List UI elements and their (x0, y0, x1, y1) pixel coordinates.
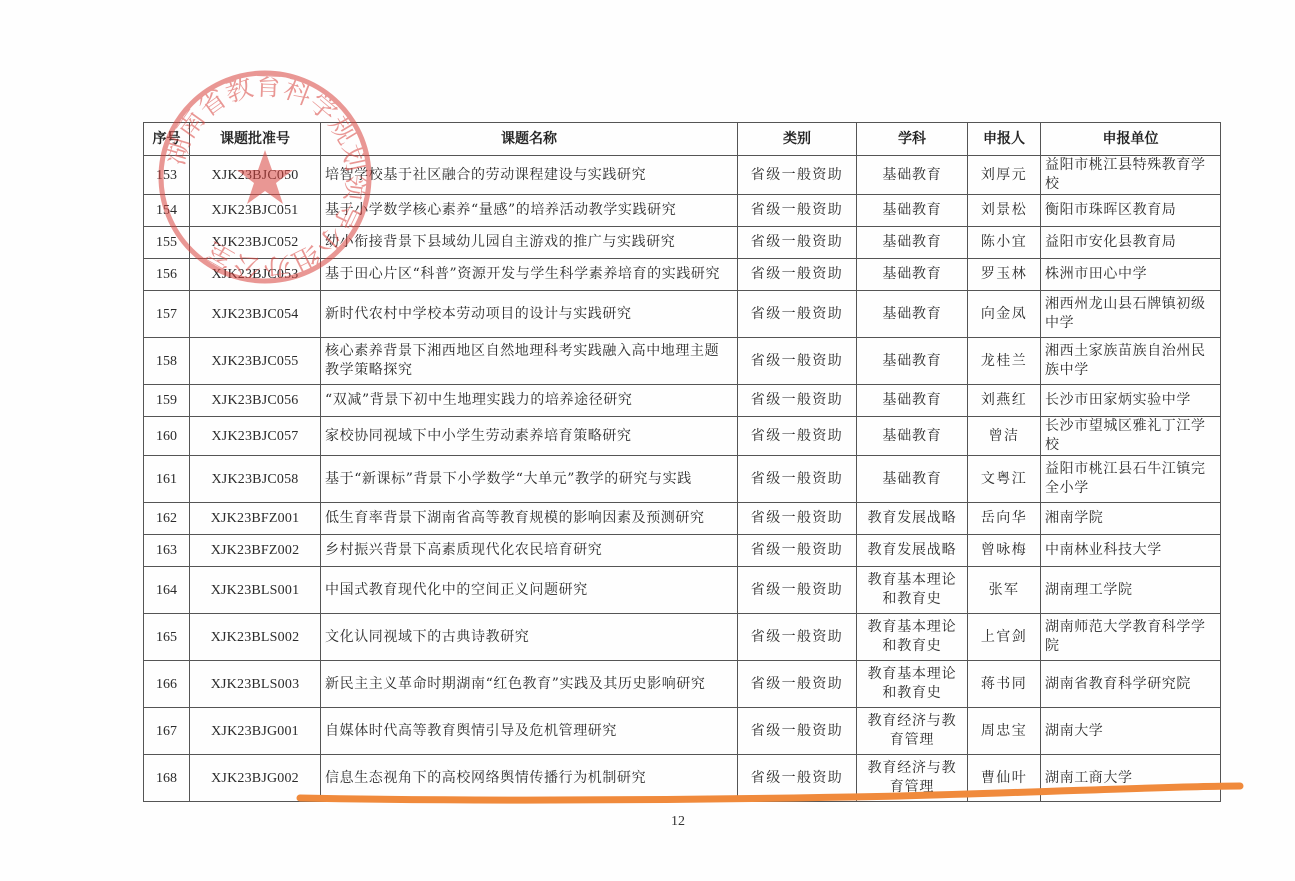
row-category: 省级一般资助 (738, 227, 857, 259)
table-row: 160XJK23BJC057家校协同视域下中小学生劳动素养培育策略研究省级一般资… (144, 417, 1221, 456)
row-subject: 基础教育 (857, 338, 968, 385)
row-unit: 长沙市田家炳实验中学 (1041, 385, 1221, 417)
row-title: 新民主主义革命时期湖南“红色教育”实践及其历史影响研究 (321, 661, 738, 708)
row-unit: 湖南工商大学 (1041, 755, 1221, 802)
row-title: 低生育率背景下湖南省高等教育规模的影响因素及预测研究 (321, 503, 738, 535)
header-code: 课题批准号 (190, 123, 321, 156)
row-seq: 157 (144, 291, 190, 338)
row-seq: 161 (144, 456, 190, 503)
header-unit: 申报单位 (1041, 123, 1221, 156)
row-code: XJK23BJC056 (190, 385, 321, 417)
row-subject: 教育发展战略 (857, 535, 968, 567)
header-seq: 序号 (144, 123, 190, 156)
row-applicant: 刘燕红 (968, 385, 1041, 417)
row-title: 培智学校基于社区融合的劳动课程建设与实践研究 (321, 156, 738, 195)
project-table: 序号 课题批准号 课题名称 类别 学科 申报人 申报单位 153XJK23BJC… (143, 122, 1221, 802)
row-category: 省级一般资助 (738, 417, 857, 456)
row-unit: 益阳市桃江县石牛江镇完全小学 (1041, 456, 1221, 503)
row-title: 自媒体时代高等教育舆情引导及危机管理研究 (321, 708, 738, 755)
table-row: 153XJK23BJC050培智学校基于社区融合的劳动课程建设与实践研究省级一般… (144, 156, 1221, 195)
row-seq: 154 (144, 195, 190, 227)
row-subject: 基础教育 (857, 156, 968, 195)
row-unit: 益阳市桃江县特殊教育学校 (1041, 156, 1221, 195)
row-seq: 162 (144, 503, 190, 535)
row-title: 中国式教育现代化中的空间正义问题研究 (321, 567, 738, 614)
row-seq: 167 (144, 708, 190, 755)
table-row: 161XJK23BJC058基于“新课标”背景下小学数学“大单元”教学的研究与实… (144, 456, 1221, 503)
row-unit: 湘南学院 (1041, 503, 1221, 535)
row-category: 省级一般资助 (738, 156, 857, 195)
row-seq: 156 (144, 259, 190, 291)
row-applicant: 刘厚元 (968, 156, 1041, 195)
row-seq: 166 (144, 661, 190, 708)
row-category: 省级一般资助 (738, 195, 857, 227)
row-applicant: 曾咏梅 (968, 535, 1041, 567)
table-row: 165XJK23BLS002文化认同视域下的古典诗教研究省级一般资助教育基本理论… (144, 614, 1221, 661)
row-applicant: 曾洁 (968, 417, 1041, 456)
row-title: 文化认同视域下的古典诗教研究 (321, 614, 738, 661)
table-row: 162XJK23BFZ001低生育率背景下湖南省高等教育规模的影响因素及预测研究… (144, 503, 1221, 535)
row-subject: 教育基本理论和教育史 (857, 661, 968, 708)
row-subject: 基础教育 (857, 227, 968, 259)
row-seq: 163 (144, 535, 190, 567)
row-category: 省级一般资助 (738, 535, 857, 567)
table-row: 156XJK23BJC053基于田心片区“科普”资源开发与学生科学素养培育的实践… (144, 259, 1221, 291)
row-unit: 湖南师范大学教育科学学院 (1041, 614, 1221, 661)
table-row: 155XJK23BJC052幼小衔接背景下县域幼儿园自主游戏的推广与实践研究省级… (144, 227, 1221, 259)
row-code: XJK23BFZ001 (190, 503, 321, 535)
row-code: XJK23BJC054 (190, 291, 321, 338)
row-title: 信息生态视角下的高校网络舆情传播行为机制研究 (321, 755, 738, 802)
row-applicant: 文粤江 (968, 456, 1041, 503)
row-subject: 基础教育 (857, 385, 968, 417)
table-row: 163XJK23BFZ002乡村振兴背景下高素质现代化农民培育研究省级一般资助教… (144, 535, 1221, 567)
table-row: 167XJK23BJG001自媒体时代高等教育舆情引导及危机管理研究省级一般资助… (144, 708, 1221, 755)
row-unit: 长沙市望城区雅礼丁江学校 (1041, 417, 1221, 456)
row-category: 省级一般资助 (738, 708, 857, 755)
row-code: XJK23BJC052 (190, 227, 321, 259)
row-seq: 159 (144, 385, 190, 417)
row-unit: 株洲市田心中学 (1041, 259, 1221, 291)
row-category: 省级一般资助 (738, 503, 857, 535)
row-title: 家校协同视域下中小学生劳动素养培育策略研究 (321, 417, 738, 456)
row-subject: 基础教育 (857, 417, 968, 456)
row-subject: 基础教育 (857, 291, 968, 338)
row-seq: 153 (144, 156, 190, 195)
row-code: XJK23BJC051 (190, 195, 321, 227)
row-subject: 基础教育 (857, 195, 968, 227)
row-applicant: 上官剑 (968, 614, 1041, 661)
table-row: 157XJK23BJC054新时代农村中学校本劳动项目的设计与实践研究省级一般资… (144, 291, 1221, 338)
row-seq: 158 (144, 338, 190, 385)
row-unit: 衡阳市珠晖区教育局 (1041, 195, 1221, 227)
row-code: XJK23BJC053 (190, 259, 321, 291)
row-title: 基于田心片区“科普”资源开发与学生科学素养培育的实践研究 (321, 259, 738, 291)
row-category: 省级一般资助 (738, 661, 857, 708)
row-title: 基于“新课标”背景下小学数学“大单元”教学的研究与实践 (321, 456, 738, 503)
row-unit: 湖南省教育科学研究院 (1041, 661, 1221, 708)
row-category: 省级一般资助 (738, 385, 857, 417)
table-row: 168XJK23BJG002信息生态视角下的高校网络舆情传播行为机制研究省级一般… (144, 755, 1221, 802)
row-code: XJK23BJG001 (190, 708, 321, 755)
table-row: 159XJK23BJC056“双减”背景下初中生地理实践力的培养途径研究省级一般… (144, 385, 1221, 417)
row-code: XJK23BJC057 (190, 417, 321, 456)
header-category: 类别 (738, 123, 857, 156)
row-title: 幼小衔接背景下县域幼儿园自主游戏的推广与实践研究 (321, 227, 738, 259)
row-code: XJK23BFZ002 (190, 535, 321, 567)
row-code: XJK23BJG002 (190, 755, 321, 802)
row-applicant: 岳向华 (968, 503, 1041, 535)
table-header-row: 序号 课题批准号 课题名称 类别 学科 申报人 申报单位 (144, 123, 1221, 156)
table-row: 164XJK23BLS001中国式教育现代化中的空间正义问题研究省级一般资助教育… (144, 567, 1221, 614)
row-code: XJK23BJC050 (190, 156, 321, 195)
row-applicant: 曹仙叶 (968, 755, 1041, 802)
row-subject: 教育发展战略 (857, 503, 968, 535)
row-applicant: 罗玉林 (968, 259, 1041, 291)
row-title: “双减”背景下初中生地理实践力的培养途径研究 (321, 385, 738, 417)
row-seq: 160 (144, 417, 190, 456)
row-title: 基于小学数学核心素养“量感”的培养活动教学实践研究 (321, 195, 738, 227)
row-unit: 湘西土家族苗族自治州民族中学 (1041, 338, 1221, 385)
row-applicant: 刘景松 (968, 195, 1041, 227)
row-subject: 教育基本理论和教育史 (857, 614, 968, 661)
row-code: XJK23BLS003 (190, 661, 321, 708)
row-category: 省级一般资助 (738, 338, 857, 385)
row-category: 省级一般资助 (738, 291, 857, 338)
document-page: 序号 课题批准号 课题名称 类别 学科 申报人 申报单位 153XJK23BJC… (0, 0, 1295, 881)
row-applicant: 龙桂兰 (968, 338, 1041, 385)
row-subject: 基础教育 (857, 456, 968, 503)
row-applicant: 蒋书同 (968, 661, 1041, 708)
row-seq: 164 (144, 567, 190, 614)
row-title: 核心素养背景下湘西地区自然地理科考实践融入高中地理主题教学策略探究 (321, 338, 738, 385)
row-title: 乡村振兴背景下高素质现代化农民培育研究 (321, 535, 738, 567)
header-applicant: 申报人 (968, 123, 1041, 156)
row-unit: 中南林业科技大学 (1041, 535, 1221, 567)
table-row: 158XJK23BJC055核心素养背景下湘西地区自然地理科考实践融入高中地理主… (144, 338, 1221, 385)
row-category: 省级一般资助 (738, 456, 857, 503)
row-applicant: 周忠宝 (968, 708, 1041, 755)
row-subject: 基础教育 (857, 259, 968, 291)
row-category: 省级一般资助 (738, 567, 857, 614)
page-number: 12 (671, 814, 685, 830)
row-unit: 湖南理工学院 (1041, 567, 1221, 614)
row-title: 新时代农村中学校本劳动项目的设计与实践研究 (321, 291, 738, 338)
row-applicant: 向金凤 (968, 291, 1041, 338)
row-category: 省级一般资助 (738, 614, 857, 661)
row-code: XJK23BJC058 (190, 456, 321, 503)
row-seq: 165 (144, 614, 190, 661)
row-seq: 155 (144, 227, 190, 259)
row-subject: 教育经济与教育管理 (857, 755, 968, 802)
row-subject: 教育基本理论和教育史 (857, 567, 968, 614)
table-row: 154XJK23BJC051基于小学数学核心素养“量感”的培养活动教学实践研究省… (144, 195, 1221, 227)
header-title: 课题名称 (321, 123, 738, 156)
row-category: 省级一般资助 (738, 755, 857, 802)
row-subject: 教育经济与教育管理 (857, 708, 968, 755)
row-unit: 湖南大学 (1041, 708, 1221, 755)
row-unit: 湘西州龙山县石牌镇初级中学 (1041, 291, 1221, 338)
table-row: 166XJK23BLS003新民主主义革命时期湖南“红色教育”实践及其历史影响研… (144, 661, 1221, 708)
row-code: XJK23BLS002 (190, 614, 321, 661)
row-unit: 益阳市安化县教育局 (1041, 227, 1221, 259)
header-subject: 学科 (857, 123, 968, 156)
row-applicant: 陈小宜 (968, 227, 1041, 259)
row-code: XJK23BJC055 (190, 338, 321, 385)
row-code: XJK23BLS001 (190, 567, 321, 614)
row-seq: 168 (144, 755, 190, 802)
row-category: 省级一般资助 (738, 259, 857, 291)
row-applicant: 张军 (968, 567, 1041, 614)
